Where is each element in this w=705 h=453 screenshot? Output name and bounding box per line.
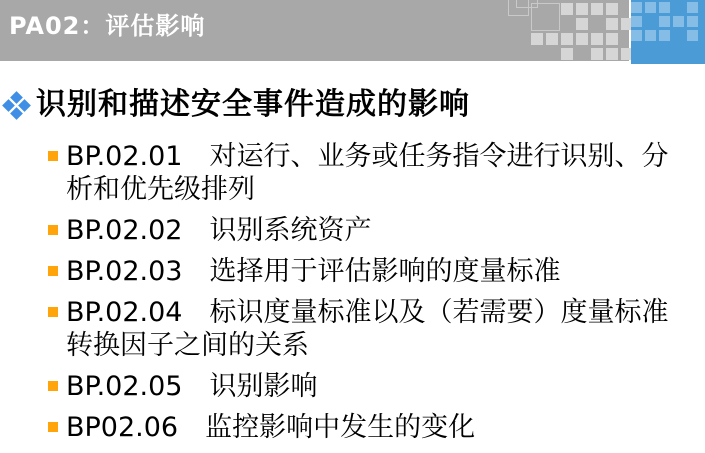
bp-item-text: BP.02.03 选择用于评估影响的度量标准 [66, 255, 683, 288]
orange-square-bullet-icon [48, 307, 58, 317]
orange-square-bullet-icon [48, 381, 58, 391]
list-item: BP.02.03 选择用于评估影响的度量标准 [0, 255, 705, 288]
heading-text: 识别和描述安全事件造成的影响 [36, 88, 470, 121]
accent-block [631, 0, 705, 64]
heading-row: 识别和描述安全事件造成的影响 [0, 88, 705, 121]
orange-square-bullet-icon [48, 266, 58, 276]
page-title: PA02：评估影响 [9, 6, 205, 41]
orange-square-bullet-icon [48, 422, 58, 432]
slide: PA02：评估影响 识别和描述安全事件造成的影响 BP.02.01 对运行、业务… [0, 0, 705, 453]
list-item: BP.02.04 标识度量标准以及（若需要）度量标准转换因子之间的关系 [0, 296, 705, 362]
bp-item-text: BP02.06 监控影响中发生的变化 [66, 411, 683, 444]
four-diamond-bullet-icon [4, 93, 29, 118]
list-item: BP.02.01 对运行、业务或任务指令进行识别、分析和优先级排列 [0, 140, 705, 206]
bp-item-text: BP.02.02 识别系统资产 [66, 214, 683, 247]
bp-item-text: BP.02.04 标识度量标准以及（若需要）度量标准转换因子之间的关系 [66, 296, 683, 362]
orange-square-bullet-icon [48, 225, 58, 235]
list-item: BP.02.02 识别系统资产 [0, 214, 705, 247]
gray-squares-decoration [531, 3, 633, 60]
slide-content: 识别和描述安全事件造成的影响 BP.02.01 对运行、业务或任务指令进行识别、… [0, 88, 705, 452]
list-item: BP02.06 监控影响中发生的变化 [0, 411, 705, 444]
list-item: BP.02.05 识别影响 [0, 370, 705, 403]
bp-list: BP.02.01 对运行、业务或任务指令进行识别、分析和优先级排列 BP.02.… [0, 140, 705, 444]
bp-item-text: BP.02.01 对运行、业务或任务指令进行识别、分析和优先级排列 [66, 140, 683, 206]
blue-squares-decoration [631, 2, 698, 41]
header-bar: PA02：评估影响 [0, 0, 629, 61]
orange-square-bullet-icon [48, 151, 58, 161]
bp-item-text: BP.02.05 识别影响 [66, 370, 683, 403]
